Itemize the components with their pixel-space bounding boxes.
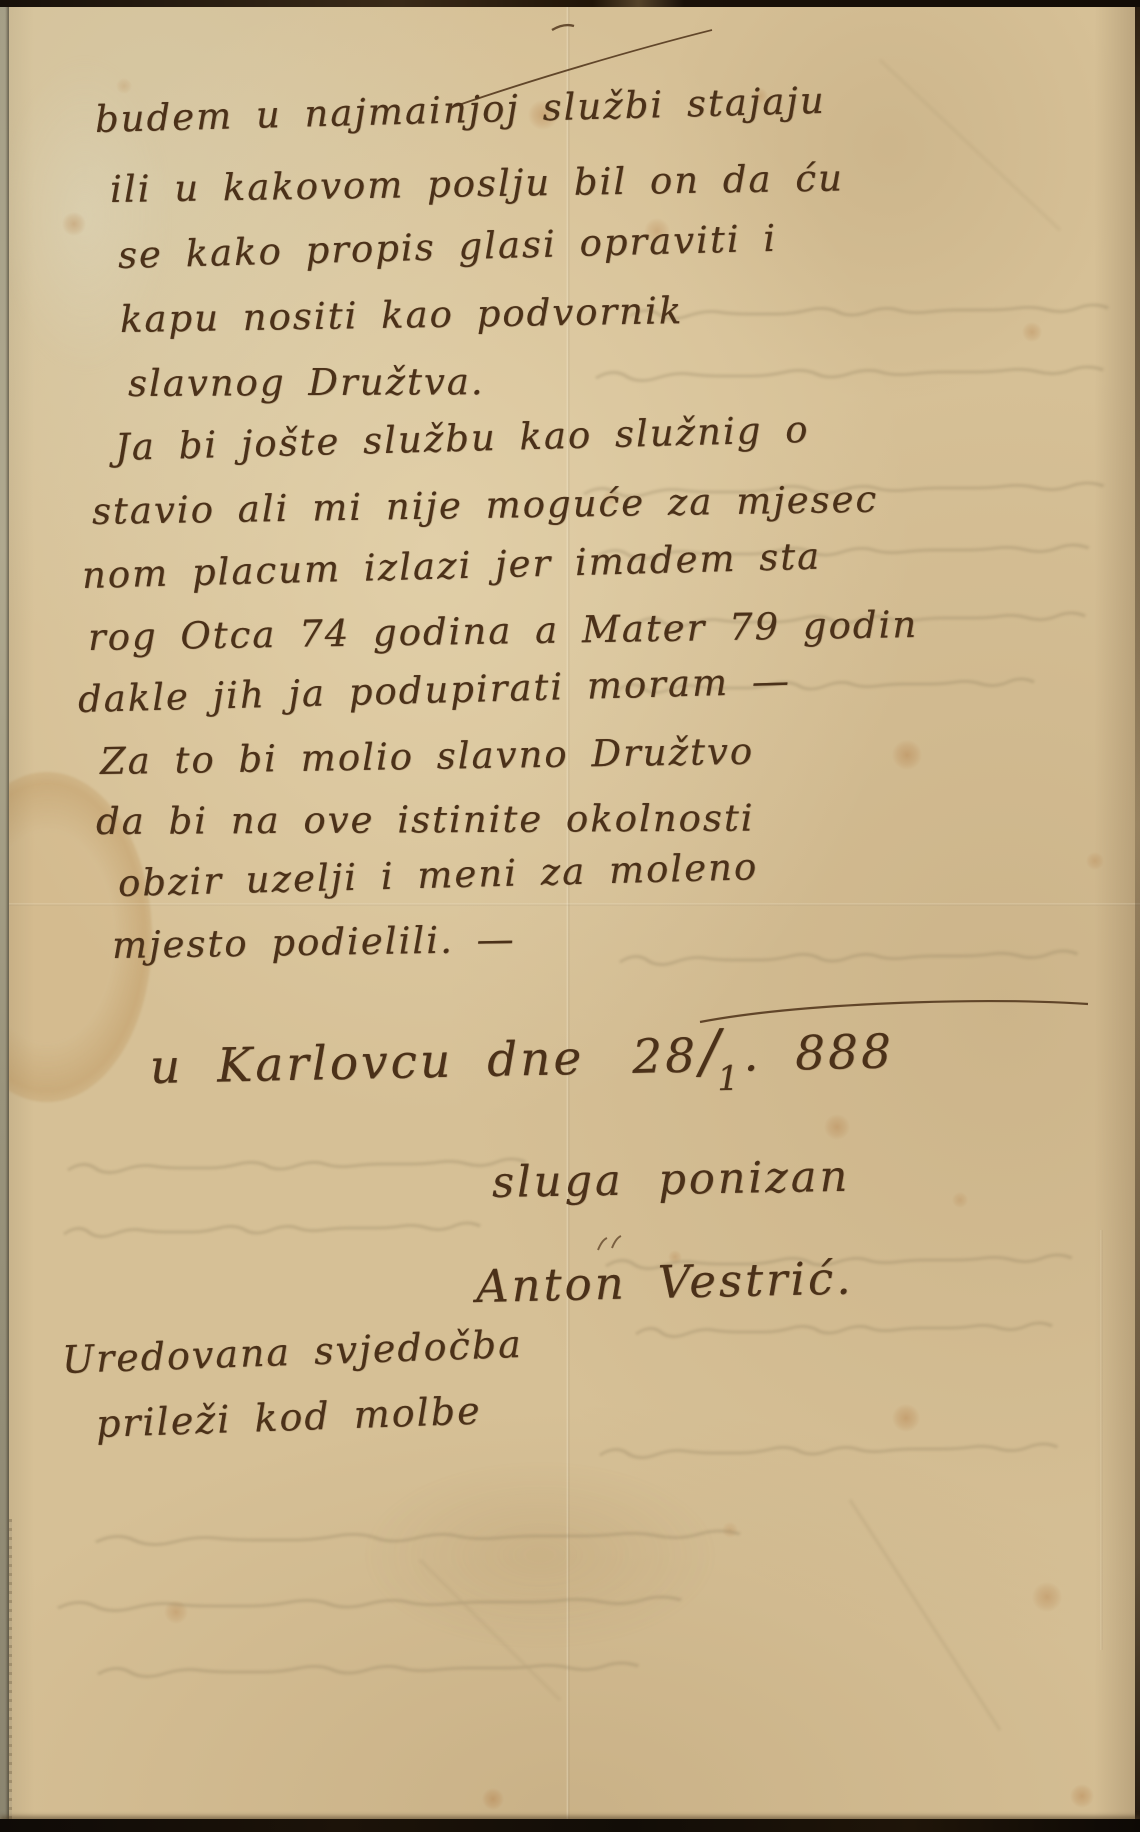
bottom-smudge bbox=[360, 1460, 720, 1650]
signature: Anton Vestrić. bbox=[475, 1251, 854, 1313]
foxing-spot bbox=[892, 1404, 920, 1432]
foxing-spot bbox=[824, 1114, 850, 1140]
page-edge-bottom bbox=[0, 1819, 1140, 1832]
dateline-fraction: /1 bbox=[699, 1016, 742, 1098]
closing: sluga ponizan bbox=[492, 1152, 851, 1208]
page-edge-left bbox=[0, 0, 9, 1832]
foxing-spot bbox=[1032, 1582, 1062, 1612]
letter-page: budem u najmainjoj službi stajaju ili u … bbox=[0, 0, 1140, 1832]
letter-line: kapu nositi kao podvornik bbox=[120, 289, 684, 341]
dateline: u Karlovcu dne 28/1. 888 bbox=[149, 1012, 895, 1109]
letter-line: Ja bi jošte službu kao služnig o bbox=[114, 408, 810, 469]
foxing-spot bbox=[722, 1522, 738, 1538]
letter-line: obzir uzelji i meni za moleno bbox=[117, 845, 758, 905]
foxing-spot bbox=[1086, 852, 1104, 870]
letter-line: da bi na ove istinite okolnosti bbox=[96, 797, 755, 843]
foxing-spot bbox=[164, 1600, 188, 1624]
foxing-spot bbox=[1022, 322, 1042, 342]
dateline-place: u Karlovcu dne bbox=[149, 1031, 584, 1095]
foxing-spot bbox=[116, 78, 132, 94]
letter-line: budem u najmainjoj službi stajaju bbox=[94, 79, 826, 141]
foxing-spot bbox=[892, 740, 922, 770]
letter-line: nom placum izlazi jer imadem sta bbox=[81, 535, 821, 597]
foxing-spot bbox=[1070, 1784, 1094, 1808]
foxing-spot bbox=[62, 212, 86, 236]
letter-line: Za to bi molio slavno Družtvo bbox=[100, 730, 755, 783]
fold-crease-vertical bbox=[566, 0, 570, 1832]
foxing-spot bbox=[952, 1192, 968, 1208]
foxing-spot bbox=[482, 1788, 504, 1810]
letter-line: stavio ali mi nije moguće za mjesec bbox=[92, 478, 879, 533]
fold-crease-right bbox=[1100, 1230, 1103, 1650]
page-edge-right bbox=[1135, 0, 1140, 1832]
letter-line: rog Otca 74 godina a Mater 79 godin bbox=[88, 603, 919, 659]
note-line: prileži kod molbe bbox=[95, 1389, 482, 1446]
page-edge-top bbox=[0, 0, 1140, 7]
dateline-month: 1 bbox=[717, 1058, 742, 1098]
note-line: Uredovana svjedočba bbox=[61, 1322, 523, 1382]
letter-line: dakle jih ja podupirati moram — bbox=[77, 659, 791, 721]
letter-line: ili u kakovom poslju bil on da ću bbox=[110, 156, 845, 211]
letter-line: mjesto podielili. — bbox=[112, 918, 516, 967]
dateline-year: . 888 bbox=[743, 1024, 895, 1082]
letter-line: se kako propis glasi opraviti i bbox=[117, 217, 777, 277]
letter-line: slavnog Družtva. bbox=[128, 360, 485, 405]
dateline-day: 28 bbox=[632, 1029, 699, 1085]
